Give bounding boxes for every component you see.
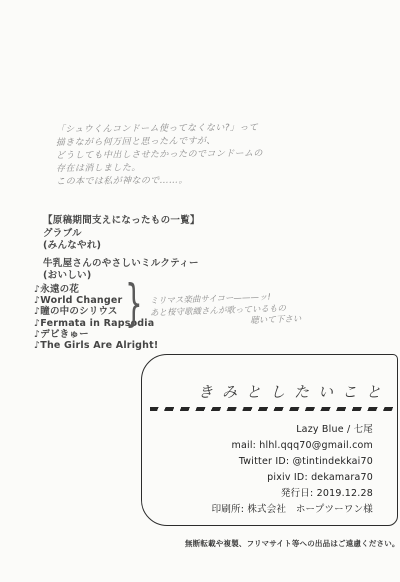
colophon-card: きみとしたいこと Lazy Blue / 七尾 mail: hlhl.qqq70… <box>141 354 398 526</box>
reproduction-disclaimer: 無断転載や複製、フリマサイト等への出品はご遠慮ください。 <box>185 538 400 549</box>
circle-name: Lazy Blue / 七尾 <box>212 422 373 438</box>
dashed-divider <box>150 407 397 411</box>
afterword-line: 「シュウくんコンドーム使ってなくない?」って <box>56 122 263 137</box>
colophon-info: Lazy Blue / 七尾 mail: hlhl.qqq70@gmail.co… <box>212 422 373 518</box>
support-item-name: グラブル <box>43 228 200 241</box>
support-list: 【原稿期間支えになったもの一覧】 グラブル (みんなやれ) 牛乳屋さんのやさしい… <box>43 215 200 283</box>
pixiv-id: pixiv ID: dekamara70 <box>212 470 373 486</box>
support-list-heading: 【原稿期間支えになったもの一覧】 <box>43 215 200 228</box>
support-item-comment: (みんなやれ) <box>43 240 200 253</box>
support-item-name: 牛乳屋さんのやさしいミルクティー <box>43 258 200 271</box>
afterword-line: どうしても中出しさせたかったのでコンドームの <box>56 148 263 163</box>
book-title: きみとしたいこと <box>198 381 390 402</box>
song-handwritten-note: ミリマス楽曲サイコー———ッ! あと桜守歌織さんが歌っているもの 聴いて下さい <box>149 291 301 331</box>
afterword-line: この本では私が神なので……。 <box>56 174 263 189</box>
printer-name: 印刷所: 株式会社 ホープツーワン様 <box>212 502 373 518</box>
twitter-id: Twitter ID: @tintindekkai70 <box>212 454 373 470</box>
publish-date: 発行日: 2019.12.28 <box>212 486 373 502</box>
song-item: ♪The Girls Are Alright! <box>34 340 158 351</box>
support-item-comment: (おいしい) <box>43 270 200 283</box>
curly-brace-glyph: } <box>125 278 142 328</box>
afterword-handwritten-note: 「シュウくんコンドーム使ってなくない?」って 描きながら何万回と思ったんですが、… <box>56 122 263 189</box>
mail-address: mail: hlhl.qqq70@gmail.com <box>212 438 373 454</box>
